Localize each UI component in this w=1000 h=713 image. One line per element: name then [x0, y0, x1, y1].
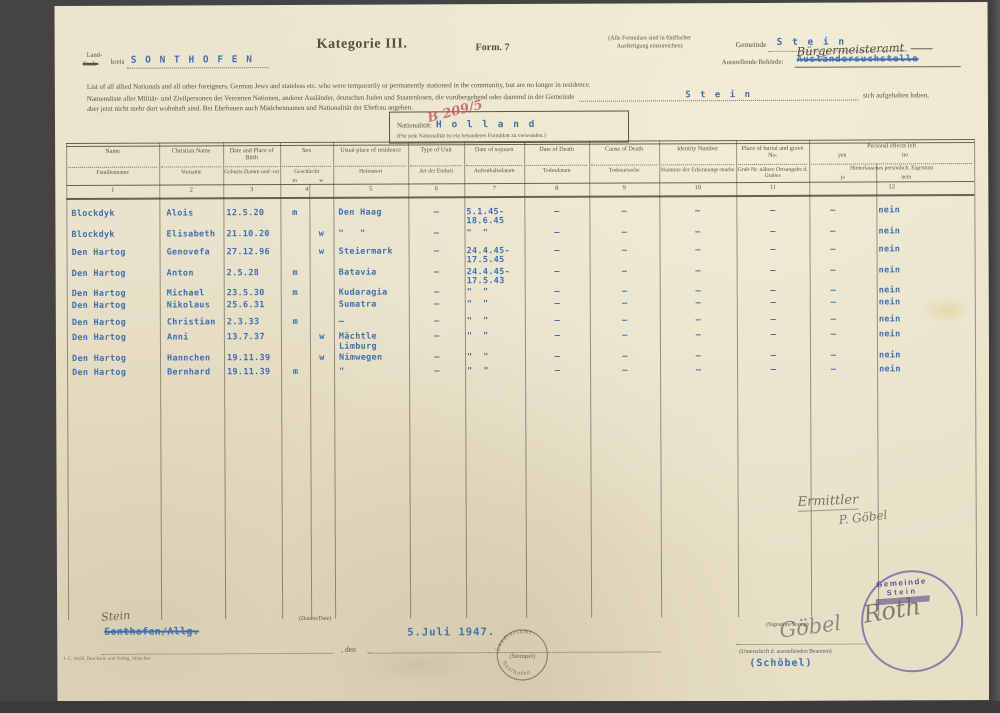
header-divider [225, 166, 278, 167]
table-cell: Mächtle [339, 333, 377, 342]
table-column-line [159, 143, 162, 620]
den-label: , den [341, 645, 356, 654]
header-en: Name [67, 148, 158, 155]
table-cell: 21.10.20 [226, 230, 269, 239]
header-de: Nummer der Erkennungs-marke [660, 167, 735, 174]
table-cell: 2.5.28 [227, 269, 260, 278]
table-cell: – [660, 287, 737, 296]
table-cell: – [525, 367, 590, 376]
table-cell: – [737, 316, 810, 325]
table-cell: – [806, 366, 861, 375]
header-yes: yes [813, 151, 871, 158]
stempel-svg: Landratsamt Sonthofen (Stempel) [487, 620, 557, 690]
table-cell: Hannchen [167, 354, 210, 363]
table-cell: m [281, 318, 310, 327]
table-cell: nein [879, 286, 901, 295]
header-de: Geschlecht [281, 169, 332, 176]
table-cell: – [409, 288, 465, 297]
svg-text:Landratsamt: Landratsamt [495, 629, 533, 652]
table-cell: " " [467, 353, 489, 362]
header-divider [738, 164, 807, 165]
table-cell: – [409, 247, 465, 256]
table-cell: Kudaragia [339, 289, 388, 298]
header-divider [68, 167, 157, 168]
header-num: 5 [333, 185, 408, 192]
table-cell: – [806, 246, 861, 255]
header-en: Christian Name [160, 147, 222, 154]
header-en: Date and Place of Birth [224, 147, 279, 161]
header-no: no [876, 151, 934, 158]
header-en: Date of sojourn [465, 146, 523, 153]
table-cell: – [590, 352, 660, 361]
table-cell: Den Hartog [72, 302, 126, 311]
table-cell: – [660, 331, 737, 340]
header-de: Grab-Nr. nähere Ortsangabe d. Grabes [737, 167, 808, 180]
table-cell: – [806, 316, 861, 325]
table-cell: – [660, 366, 737, 375]
table-cell: nein [879, 315, 901, 324]
scan-edge-bottom [0, 701, 1000, 713]
header-en: Personal effects left [809, 142, 974, 150]
table-cell: nein [879, 330, 901, 339]
header-de: Geburts-Datum und -ort [224, 169, 279, 176]
table-cell: 19.11.39 [227, 368, 270, 377]
header-divider [161, 166, 221, 167]
table-cell: 27.12.96 [227, 248, 270, 257]
table-cell: Nikolaus [167, 301, 210, 310]
table-cell: – [590, 246, 660, 255]
table-cell: – [525, 317, 590, 326]
table-cell: Bernhard [167, 368, 210, 377]
table-cell: – [659, 207, 736, 216]
table-cell: – [590, 366, 660, 375]
table-cell: " " [338, 230, 365, 239]
table-cell: " " [467, 367, 489, 376]
table-cell: – [660, 267, 737, 276]
table-cell: Den Hartog [72, 249, 126, 258]
table-cell: nein [878, 206, 900, 215]
table-cell: " " [466, 229, 488, 238]
header-num: 2 [159, 186, 223, 193]
table-cell: – [737, 246, 810, 255]
table-cell: " " [467, 332, 489, 341]
table-cell: Den Hartog [72, 334, 126, 343]
table-cell: " " [467, 300, 489, 309]
table-cell: Elisabeth [166, 230, 215, 239]
table-cell: – [805, 207, 860, 216]
table-cell: w [310, 333, 334, 342]
persons-table: NameFamilienname1Christian NameVorname2D… [0, 0, 1000, 713]
table-cell: – [525, 288, 590, 297]
table-cell: – [525, 268, 590, 277]
table-cell: Den Hartog [72, 270, 126, 279]
table-cell: Anni [167, 333, 189, 342]
header-en: Type of Unit [409, 146, 463, 153]
header-de: Todesdatum [525, 168, 588, 175]
date-value: 5.Juli 1947. [407, 628, 495, 637]
scan-edge-right [989, 0, 1000, 713]
table-cell: " " [467, 288, 489, 297]
header-nein: nein [876, 174, 936, 181]
table-cell: – [409, 332, 465, 341]
header-de: Todesursache [590, 167, 658, 174]
table-cell: 25.6.31 [227, 301, 265, 310]
table-cell: – [590, 331, 660, 340]
table-cell: – [590, 267, 660, 276]
table-cell: Michael [167, 289, 205, 298]
table-cell: 18.6.45 [466, 217, 504, 226]
table-cell: m [281, 269, 310, 278]
table-cell: Sumatra [339, 301, 377, 310]
paper-sheet: Kategorie III. Form. 7 (Alle Formulare s… [54, 2, 990, 704]
header-en: Date of Death [525, 146, 588, 153]
table-cell: – [589, 228, 659, 237]
table-cell: – [660, 316, 737, 325]
header-ja: ja [809, 174, 876, 181]
table-cell: – [590, 316, 660, 325]
table-cell: – [806, 352, 861, 361]
table-cell: – [589, 207, 659, 216]
header-en: Cause of Death [590, 145, 658, 152]
table-cell: Den Hartog [72, 319, 126, 328]
table-cell: – [525, 332, 590, 341]
header-sex-m: m [280, 177, 309, 184]
printer-imprint: J. C. Weiß, Druckerei und Verlag, Münche… [63, 657, 150, 662]
table-cell: Alois [166, 209, 193, 218]
table-cell: – [408, 208, 464, 217]
table-cell: – [590, 299, 660, 308]
table-cell: " [339, 368, 344, 377]
table-cell: Den Hartog [72, 369, 126, 378]
table-cell: – [409, 268, 465, 277]
table-cell: nein [879, 298, 901, 307]
table-cell: nein [879, 351, 901, 360]
table-cell: – [524, 208, 589, 217]
table-column-line [333, 142, 336, 619]
header-num: 7 [464, 185, 524, 192]
header-divider [661, 164, 734, 165]
scanned-document-page: { "header": { "title": "Kategorie III.",… [0, 0, 1000, 713]
table-cell: – [737, 299, 810, 308]
table-cell: Nimwegen [339, 354, 382, 363]
header-divider [335, 166, 406, 167]
header-de: Hinterlassenes persönlich. Eigentum [811, 165, 972, 172]
table-cell: nein [879, 245, 901, 254]
table-cell: m [281, 368, 310, 377]
table-cell: – [409, 300, 465, 309]
table-cell: – [805, 228, 860, 237]
table-cell: 17.5.45 [467, 256, 505, 265]
table-cell: w [310, 248, 334, 257]
header-de: Heimatort [334, 169, 407, 176]
table-cell: nein [879, 266, 901, 275]
table-cell: – [525, 353, 590, 362]
svg-text:(Stempel): (Stempel) [509, 653, 535, 660]
table-cell: – [806, 287, 861, 296]
table-cell: m [281, 289, 310, 298]
table-cell: Batavia [339, 269, 377, 278]
header-num: 4 [280, 186, 333, 193]
table-cell: – [736, 207, 809, 216]
table-cell: Christian [167, 318, 216, 327]
table-cell: 2.3.33 [227, 318, 260, 327]
table-cell: 19.11.39 [227, 354, 270, 363]
table-column-line [974, 139, 977, 616]
table-rule [66, 194, 974, 199]
table-cell: – [339, 318, 344, 327]
table-cell: w [310, 354, 334, 363]
table-cell: Anton [167, 269, 194, 278]
table-cell: – [737, 331, 810, 340]
header-de: Art der Einheit [409, 168, 463, 175]
table-cell: – [408, 229, 464, 238]
header-num: 6 [408, 185, 464, 192]
svg-text:Sonthofen: Sonthofen [501, 660, 532, 677]
gemeinde-stamp: Gemeinde Stein Roth [857, 568, 967, 672]
header-num: 8 [524, 185, 589, 192]
table-cell: Den Haag [338, 209, 381, 218]
table-cell: – [659, 228, 736, 237]
header-divider [282, 166, 331, 167]
table-cell: Genovefa [167, 248, 210, 257]
table-cell: 17.5.43 [467, 277, 505, 286]
table-cell: – [524, 229, 589, 238]
table-cell: nein [879, 365, 901, 374]
table-cell: nein [878, 227, 900, 236]
table-cell: Limburg [339, 343, 377, 352]
table-cell: 12.5.20 [226, 209, 264, 218]
table-column-line [66, 143, 69, 620]
header-num: 1 [66, 187, 159, 194]
signature-sub-label: (Unterschrift d. ausstellenden Beamten) [739, 649, 831, 655]
table-cell: – [737, 352, 810, 361]
place-handwritten: Stein [101, 609, 131, 624]
table-cell: " " [467, 317, 489, 326]
header-divider [591, 164, 657, 165]
table-cell: – [660, 352, 737, 361]
table-cell: – [736, 228, 809, 237]
table-cell: Blockdyk [71, 210, 114, 219]
table-cell: m [280, 209, 309, 218]
table-cell: Den Hartog [72, 355, 126, 364]
header-num: 10 [659, 184, 736, 191]
table-cell: 23.5.30 [227, 289, 265, 298]
table-cell: – [525, 300, 590, 309]
header-de: Aufenthaltsdatum [465, 168, 523, 175]
table-cell: Steiermark [339, 248, 393, 257]
header-divider [466, 165, 522, 166]
header-sex-w: w [309, 177, 333, 184]
table-cell: – [737, 267, 810, 276]
header-en: Identity Number [660, 145, 735, 152]
table-cell: w [309, 230, 333, 239]
header-divider [526, 165, 587, 166]
header-en: Sex [281, 147, 332, 154]
table-cell: – [409, 317, 465, 326]
place-struck-value: Sonthofen/Allg. [104, 627, 199, 636]
signature-typed: (Schöbel) [749, 659, 812, 668]
table-cell: – [590, 287, 660, 296]
header-en: Place of burial and grave No. [737, 145, 808, 159]
header-num: 12 [809, 183, 974, 191]
header-num: 11 [736, 184, 809, 191]
table-cell: – [737, 287, 810, 296]
table-cell: 13.7.37 [227, 333, 265, 342]
header-num: 3 [223, 186, 280, 193]
table-cell: Blockdyk [71, 231, 114, 240]
header-de: Familienname [67, 170, 158, 177]
header-num: 9 [589, 184, 659, 191]
table-cell: – [409, 353, 465, 362]
table-cell: – [806, 267, 861, 276]
table-cell: – [525, 247, 590, 256]
table-cell: – [409, 367, 465, 376]
header-en: Usual place of residence [334, 147, 407, 154]
table-cell: – [660, 299, 737, 308]
table-cell: – [806, 331, 861, 340]
table-cell: – [660, 246, 737, 255]
table-cell: – [737, 366, 810, 375]
ermittler-label: Ermittler [797, 492, 858, 511]
datum-label: (Datum/Date) [299, 616, 331, 622]
header-de: Vorname [160, 169, 222, 176]
table-cell: Den Hartog [72, 290, 126, 299]
header-divider [410, 165, 462, 166]
stempel-circle: Landratsamt Sonthofen (Stempel) [487, 620, 557, 690]
table-cell: – [806, 299, 861, 308]
